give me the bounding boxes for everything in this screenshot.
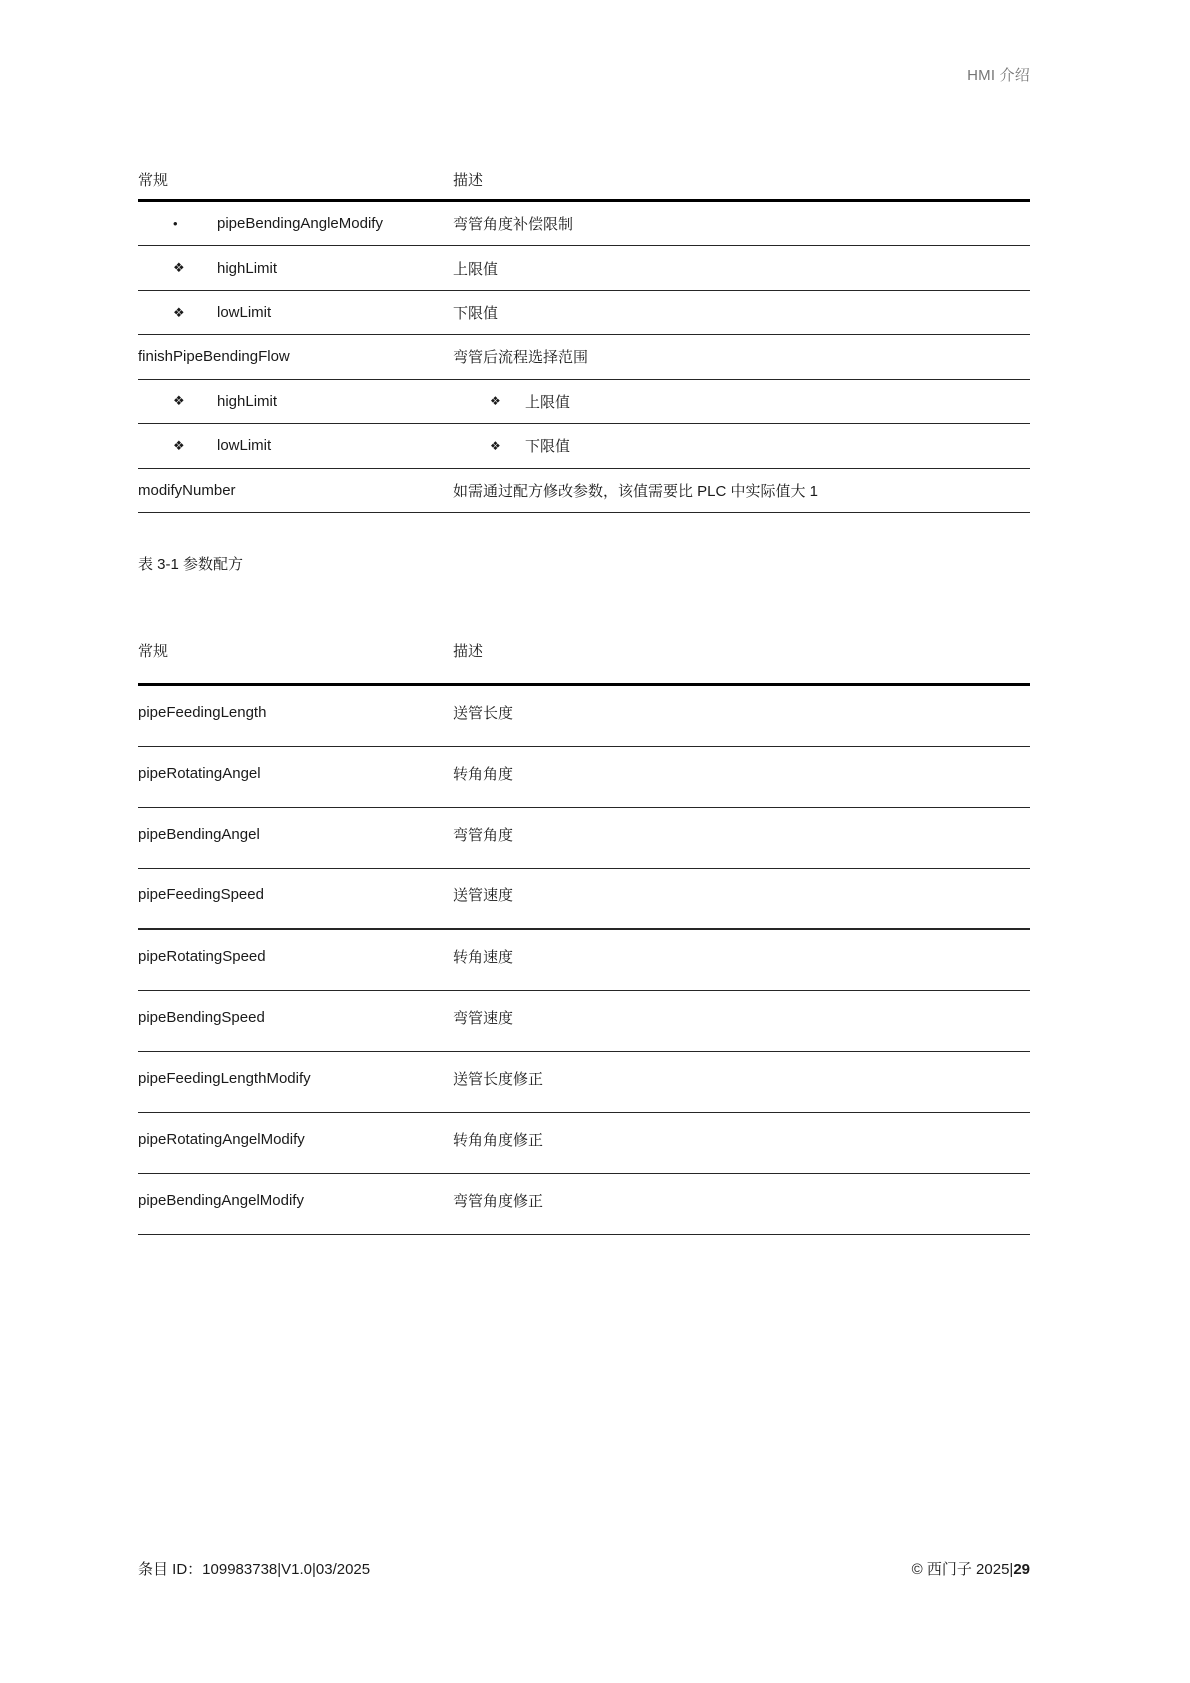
parameter-name: pipeFeedingLengthModify (138, 1070, 311, 1087)
parameter-name: pipeRotatingSpeed (138, 948, 266, 965)
parameter-name: pipeBendingAngelModify (138, 1192, 304, 1209)
parameter-description: 如需通过配方修改参数，该值需要比 PLC 中实际值大 1 (453, 480, 818, 501)
parameter-name-cell: modifyNumber (138, 482, 453, 499)
parameter-description-cell: 下限值 (453, 302, 1030, 323)
parameter-name-cell: ❖ lowLimit (138, 304, 453, 321)
table-row: pipeFeedingSpeed 送管速度 (138, 869, 1030, 930)
parameter-name-cell: pipeBendingAngelModify (138, 1192, 453, 1209)
parameter-name: pipeFeedingLength (138, 704, 266, 721)
table2-body: pipeFeedingLength 送管长度 pipeRotatingAngel… (138, 686, 1030, 1235)
parameter-name: pipeBendingSpeed (138, 1009, 265, 1026)
footer-entry-id: 条目 ID：109983738|V1.0|03/2025 (138, 1558, 370, 1579)
bullet-icon: ❖ (173, 305, 217, 321)
parameter-limits-table: 常规 描述 • pipeBendingAngleModify 弯管角度补偿限制 (138, 172, 1030, 513)
parameter-description: 转角速度 (453, 946, 513, 967)
parameter-description-cell: ❖ 下限值 (453, 435, 1030, 456)
parameter-name-cell: pipeFeedingLength (138, 704, 453, 721)
bullet-icon: ❖ (173, 260, 217, 276)
page-content: 常规 描述 • pipeBendingAngleModify 弯管角度补偿限制 (138, 0, 1030, 1235)
parameter-description: 下限值 (525, 435, 570, 456)
column-header-description: 描述 (453, 643, 1030, 660)
table-row: pipeBendingAngelModify 弯管角度修正 (138, 1174, 1030, 1235)
document-page: HMI 介绍 常规 描述 • pipeBendingAngleModify (0, 0, 1190, 1683)
parameter-description: 弯管角度 (453, 824, 513, 845)
bullet-icon: ❖ (173, 438, 217, 454)
table1-header-row: 常规 描述 (138, 172, 1030, 202)
table-row: pipeFeedingLength 送管长度 (138, 686, 1030, 747)
diamond-bullet-icon: ❖ (490, 439, 525, 453)
parameter-description: 弯管速度 (453, 1007, 513, 1028)
parameter-name: lowLimit (217, 437, 271, 454)
parameter-name-cell: • pipeBendingAngleModify (138, 215, 453, 232)
table-row: pipeBendingSpeed 弯管速度 (138, 991, 1030, 1052)
parameter-description: 送管长度修正 (453, 1068, 543, 1089)
footer-page-number: 29 (1013, 1561, 1030, 1578)
table-row: pipeRotatingAngelModify 转角角度修正 (138, 1113, 1030, 1174)
parameter-description: 弯管后流程选择范围 (453, 346, 588, 367)
parameter-name-cell: pipeBendingSpeed (138, 1009, 453, 1026)
parameter-name: pipeRotatingAngel (138, 765, 261, 782)
table-row: ❖ highLimit ❖ 上限值 (138, 380, 1030, 424)
parameter-name-cell: pipeFeedingSpeed (138, 886, 453, 903)
parameter-description: 转角角度 (453, 763, 513, 784)
parameter-description: 上限值 (453, 258, 498, 279)
parameter-description-cell: 弯管后流程选择范围 (453, 346, 1030, 367)
table1-body: • pipeBendingAngleModify 弯管角度补偿限制 ❖ high… (138, 202, 1030, 513)
column-header-description: 描述 (453, 172, 1030, 189)
column-header-general: 常规 (138, 643, 453, 660)
parameter-name: lowLimit (217, 304, 271, 321)
parameter-name: pipeFeedingSpeed (138, 886, 264, 903)
parameter-description-cell: 送管长度 (453, 702, 1030, 723)
table-row: pipeRotatingAngel 转角角度 (138, 747, 1030, 808)
parameter-name-cell: pipeRotatingAngel (138, 765, 453, 782)
parameter-name-cell: finishPipeBendingFlow (138, 348, 453, 365)
parameter-name-cell: pipeFeedingLengthModify (138, 1070, 453, 1087)
parameter-description-cell: 送管速度 (453, 884, 1030, 905)
parameter-description-cell: 上限值 (453, 258, 1030, 279)
parameter-description: 送管速度 (453, 884, 513, 905)
table-row: • pipeBendingAngleModify 弯管角度补偿限制 (138, 202, 1030, 246)
parameter-description: 弯管角度修正 (453, 1190, 543, 1211)
bullet-icon: • (173, 216, 217, 231)
parameter-description: 下限值 (453, 302, 498, 323)
parameter-description: 转角角度修正 (453, 1129, 543, 1150)
table-row: pipeFeedingLengthModify 送管长度修正 (138, 1052, 1030, 1113)
table-row: ❖ lowLimit ❖ 下限值 (138, 424, 1030, 468)
parameter-description: 送管长度 (453, 702, 513, 723)
bullet-icon: ❖ (173, 393, 217, 409)
parameter-name: highLimit (217, 393, 277, 410)
table-row: pipeBendingAngel 弯管角度 (138, 808, 1030, 869)
footer-copyright-text: © 西门子 2025| (912, 1561, 1014, 1578)
recipe-parameters-table: 常规 描述 pipeFeedingLength 送管长度 (138, 643, 1030, 1235)
parameter-description-cell: 转角速度 (453, 946, 1030, 967)
parameter-description-cell: 送管长度修正 (453, 1068, 1030, 1089)
table2-header-row: 常规 描述 (138, 643, 1030, 686)
parameter-name-cell: pipeRotatingSpeed (138, 948, 453, 965)
parameter-description-cell: 弯管角度修正 (453, 1190, 1030, 1211)
parameter-description-cell: 如需通过配方修改参数，该值需要比 PLC 中实际值大 1 (453, 480, 1030, 501)
parameter-description-cell: 弯管角度补偿限制 (453, 213, 1030, 234)
parameter-name: pipeBendingAngel (138, 826, 260, 843)
parameter-description: 弯管角度补偿限制 (453, 213, 573, 234)
parameter-name-cell: pipeBendingAngel (138, 826, 453, 843)
parameter-name: pipeBendingAngleModify (217, 215, 383, 232)
footer-copyright: © 西门子 2025|29 (912, 1558, 1030, 1579)
parameter-name-cell: ❖ highLimit (138, 260, 453, 277)
table-row: ❖ highLimit 上限值 (138, 246, 1030, 290)
parameter-name: finishPipeBendingFlow (138, 348, 290, 365)
parameter-description: 上限值 (525, 391, 570, 412)
parameter-name-cell: pipeRotatingAngelModify (138, 1131, 453, 1148)
parameter-description-cell: 转角角度 (453, 763, 1030, 784)
table-row: pipeRotatingSpeed 转角速度 (138, 930, 1030, 991)
table-row: modifyNumber 如需通过配方修改参数，该值需要比 PLC 中实际值大 … (138, 469, 1030, 513)
diamond-bullet-icon: ❖ (490, 394, 525, 408)
parameter-name-cell: ❖ lowLimit (138, 437, 453, 454)
parameter-description-cell: 弯管角度 (453, 824, 1030, 845)
parameter-name: modifyNumber (138, 482, 236, 499)
table-row: finishPipeBendingFlow 弯管后流程选择范围 (138, 335, 1030, 379)
parameter-name: pipeRotatingAngelModify (138, 1131, 305, 1148)
parameter-name: highLimit (217, 260, 277, 277)
table-row: ❖ lowLimit 下限值 (138, 291, 1030, 335)
parameter-name-cell: ❖ highLimit (138, 393, 453, 410)
parameter-description-cell: 弯管速度 (453, 1007, 1030, 1028)
page-footer: 条目 ID：109983738|V1.0|03/2025 © 西门子 2025|… (138, 1558, 1030, 1579)
table-caption: 表 3-1 参数配方 (138, 556, 1030, 573)
parameter-description-cell: ❖ 上限值 (453, 391, 1030, 412)
column-header-general: 常规 (138, 172, 453, 189)
parameter-description-cell: 转角角度修正 (453, 1129, 1030, 1150)
